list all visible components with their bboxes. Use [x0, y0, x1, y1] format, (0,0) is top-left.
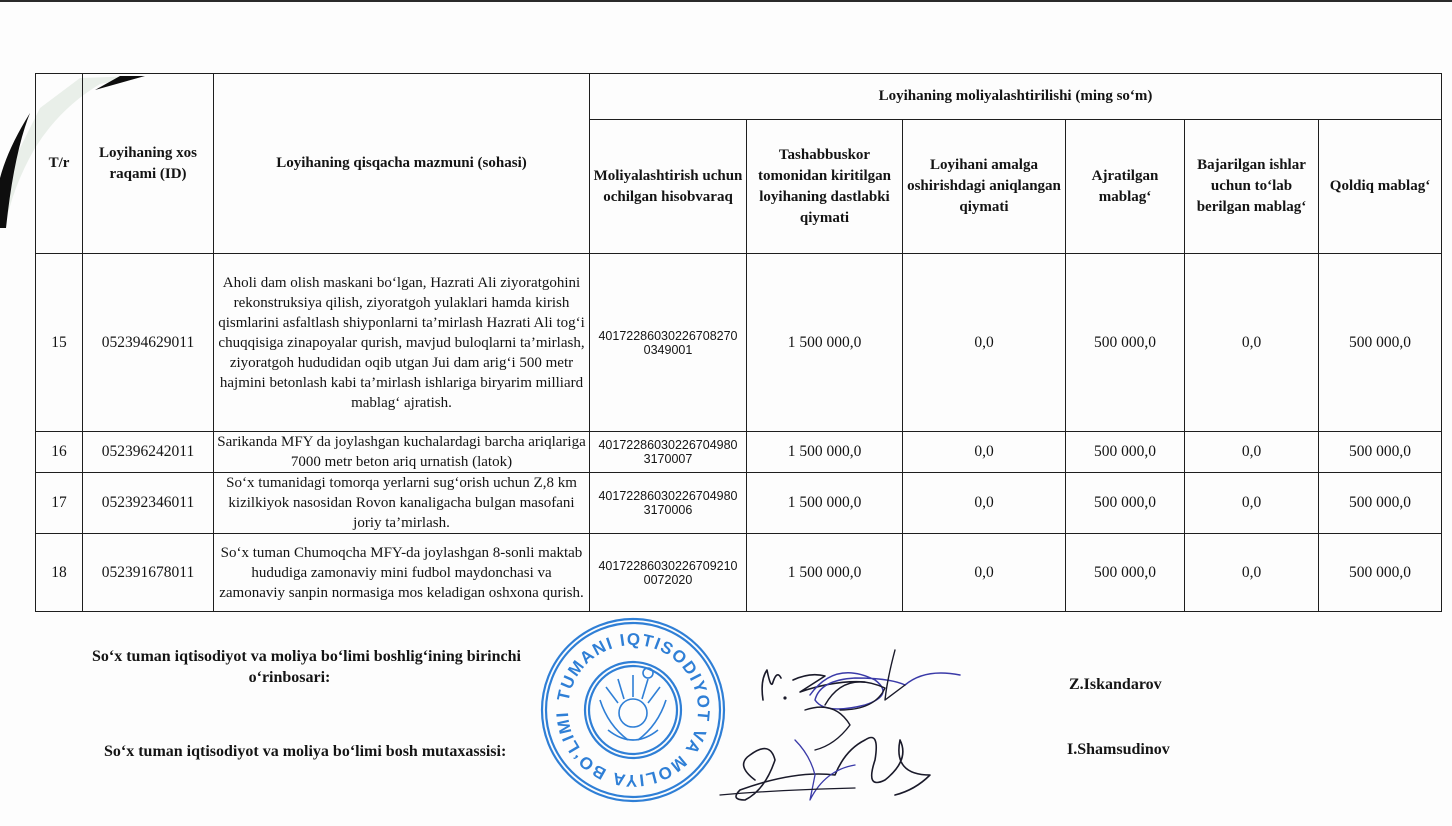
cell-paid: 0,0 [1185, 254, 1319, 432]
cell-initial-value: 1 500 000,0 [747, 254, 903, 432]
table-row: 15 052394629011 Aholi dam olish maskani … [36, 254, 1442, 432]
cell-initial-value: 1 500 000,0 [747, 534, 903, 612]
table-row: 18 052391678011 So‘x tuman Chumoqcha MFY… [36, 534, 1442, 612]
cell-description: Aholi dam olish maskani bo‘lgan, Hazrati… [214, 254, 590, 432]
header-paid: Bajarilgan ishlar uchun to‘lab berilgan … [1185, 120, 1319, 254]
cell-remaining: 500 000,0 [1319, 432, 1442, 473]
table-row: 17 052392346011 So‘x tumanidagi tomorqa … [36, 473, 1442, 534]
official-stamp-icon: TUMANI IQTISODIYOT VA MOLIYA BO‘LIMI * S… [538, 615, 728, 805]
cell-row-number: 15 [36, 254, 83, 432]
header-row-number: T/r [36, 74, 83, 254]
cell-description: Sarikanda MFY da joylashgan kuchalardagi… [214, 432, 590, 473]
projects-financing-table: T/r Loyihaning xos raqami (ID) Loyihanin… [35, 73, 1442, 612]
image-top-edge [0, 0, 1452, 2]
cell-remaining: 500 000,0 [1319, 473, 1442, 534]
cell-project-id: 052394629011 [83, 254, 214, 432]
cell-determined-value: 0,0 [903, 432, 1066, 473]
cell-remaining: 500 000,0 [1319, 534, 1442, 612]
cell-allocated: 500 000,0 [1066, 534, 1185, 612]
projects-table-container: T/r Loyihaning xos raqami (ID) Loyihanin… [35, 73, 1441, 612]
header-allocated: Ajratilgan mablag‘ [1066, 120, 1185, 254]
cell-determined-value: 0,0 [903, 254, 1066, 432]
table-row: 16 052396242011 Sarikanda MFY da joylash… [36, 432, 1442, 473]
cell-paid: 0,0 [1185, 534, 1319, 612]
header-determined-value: Loyihani amalga oshirishdagi aniqlangan … [903, 120, 1066, 254]
header-financing-group: Loyihaning moliyalashtirilishi (ming so‘… [590, 74, 1442, 120]
signatory-2-title-line1: So‘x tuman iqtisodiyot va moliya bo‘limi… [104, 741, 574, 762]
header-project-id: Loyihaning xos raqami (ID) [83, 74, 214, 254]
cell-determined-value: 0,0 [903, 473, 1066, 534]
cell-account: 40172286030226704980 3170007 [590, 432, 747, 473]
header-account: Moliyalashtirish uchun ochilgan hisobvar… [590, 120, 747, 254]
handwritten-signatures-icon [715, 640, 965, 810]
cell-allocated: 500 000,0 [1066, 473, 1185, 534]
cell-row-number: 17 [36, 473, 83, 534]
cell-project-id: 052391678011 [83, 534, 214, 612]
cell-paid: 0,0 [1185, 473, 1319, 534]
cell-remaining: 500 000,0 [1319, 254, 1442, 432]
header-initial-value: Tashabbuskor tomonidan kiritilgan loyiha… [747, 120, 903, 254]
cell-account: 40172286030226708270 0349001 [590, 254, 747, 432]
header-remaining: Qoldiq mablag‘ [1319, 120, 1442, 254]
signatory-1-title-line1: So‘x tuman iqtisodiyot va moliya bo‘limi… [92, 646, 582, 667]
signatory-1-title: So‘x tuman iqtisodiyot va moliya bo‘limi… [92, 646, 582, 688]
header-description: Loyihaning qisqacha mazmuni (sohasi) [214, 74, 590, 254]
cell-initial-value: 1 500 000,0 [747, 473, 903, 534]
cell-row-number: 18 [36, 534, 83, 612]
cell-project-id: 052392346011 [83, 473, 214, 534]
cell-project-id: 052396242011 [83, 432, 214, 473]
cell-initial-value: 1 500 000,0 [747, 432, 903, 473]
signatory-1-title-line2: o‘rinbosari: [92, 667, 582, 688]
cell-description: So‘x tumanidagi tomorqa yerlarni sug‘ori… [214, 473, 590, 534]
cell-account: 40172286030226704980 3170006 [590, 473, 747, 534]
cell-allocated: 500 000,0 [1066, 432, 1185, 473]
cell-allocated: 500 000,0 [1066, 254, 1185, 432]
signatory-2-title: So‘x tuman iqtisodiyot va moliya bo‘limi… [104, 741, 574, 762]
cell-row-number: 16 [36, 432, 83, 473]
cell-description: So‘x tuman Chumoqcha MFY-da joylashgan 8… [214, 534, 590, 612]
cell-determined-value: 0,0 [903, 534, 1066, 612]
cell-paid: 0,0 [1185, 432, 1319, 473]
signatory-1-name: Z.Iskandarov [1069, 676, 1162, 694]
cell-account: 40172286030226709210 0072020 [590, 534, 747, 612]
signatory-2-name: I.Shamsudinov [1067, 741, 1170, 759]
